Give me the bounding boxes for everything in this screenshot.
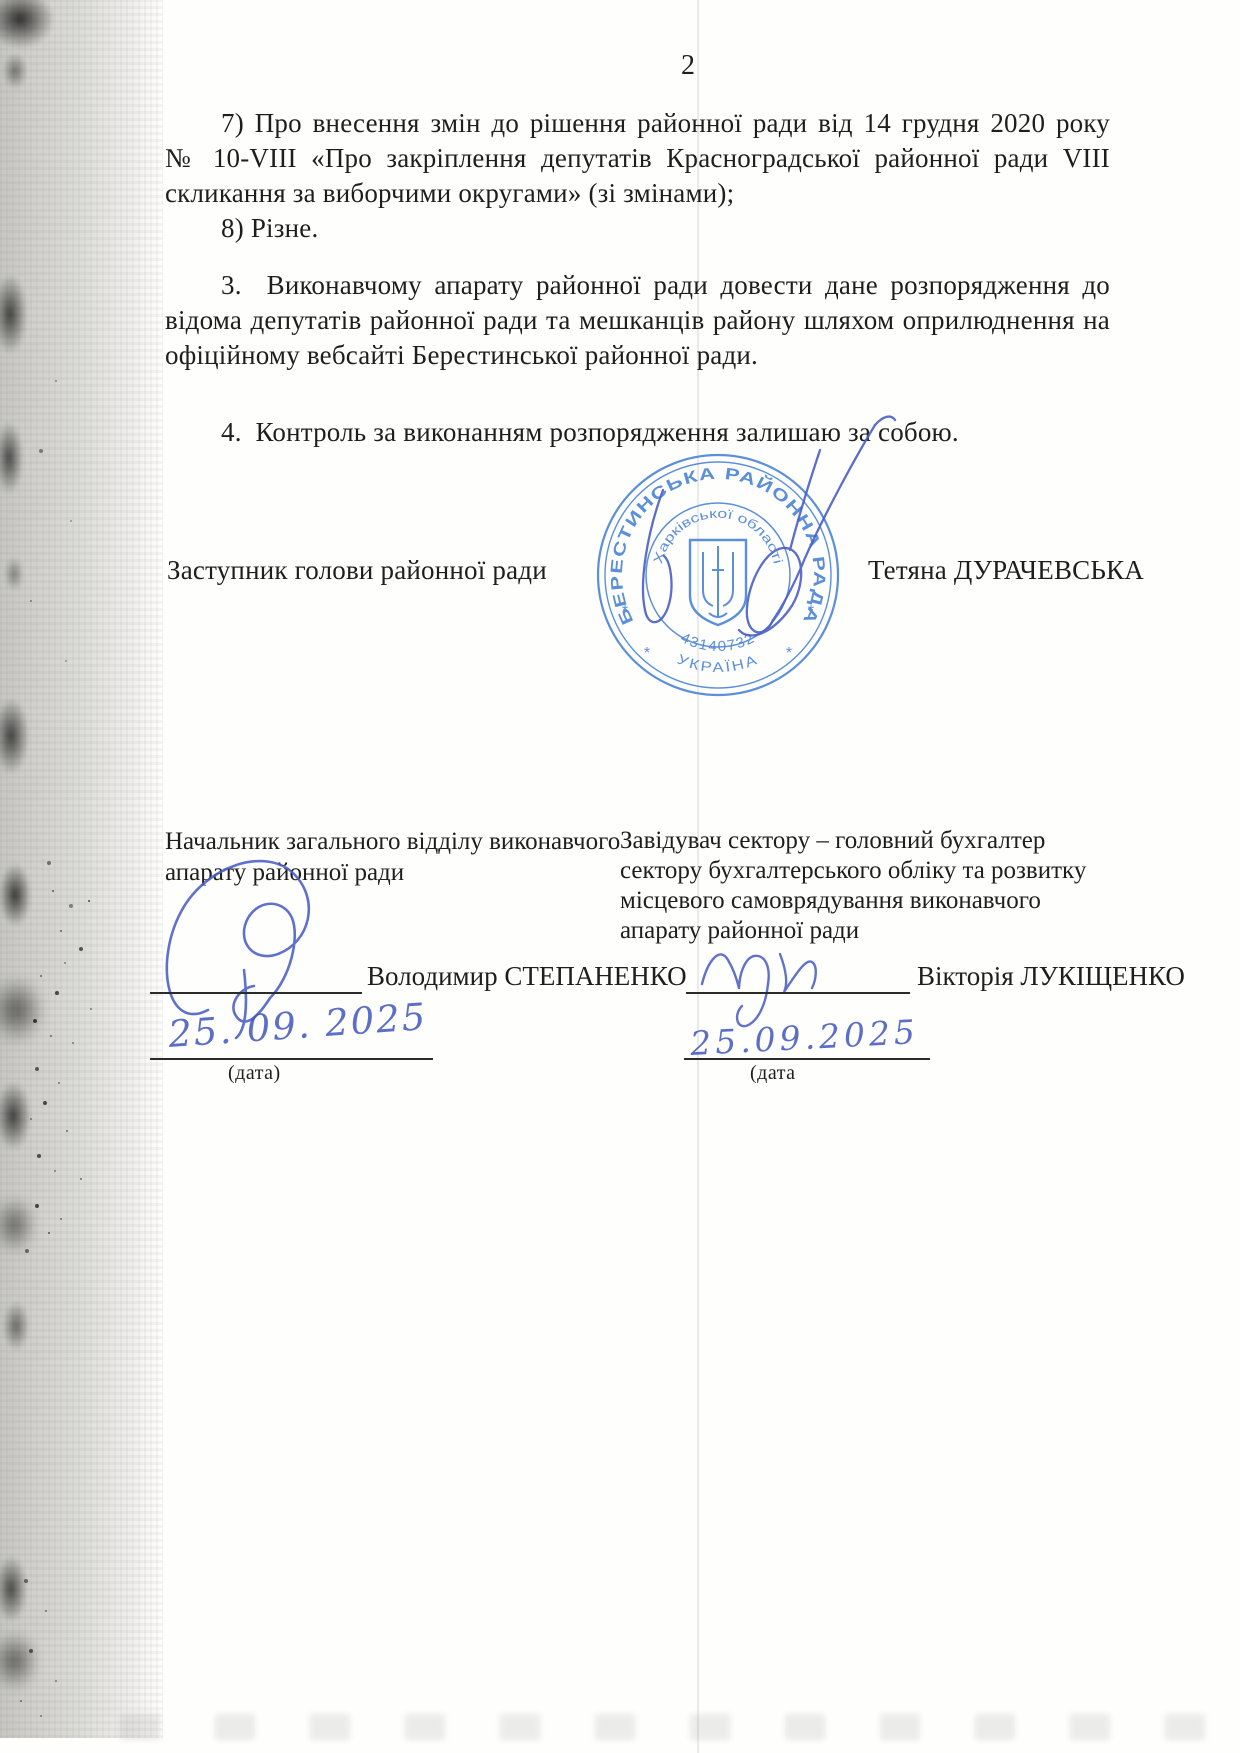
title-line: місцевого самоврядування виконавчого <box>620 886 1140 916</box>
right-signer-name: Вікторія ЛУКІЩЕНКО <box>917 961 1185 992</box>
svg-text:УКРАЇНА: УКРАЇНА <box>675 651 761 675</box>
page-number: 2 <box>662 50 714 82</box>
scan-blot <box>2 52 28 90</box>
left-date-label: (дата) <box>228 1062 281 1085</box>
title-line: Завідувач сектору – головний бухгалтер <box>620 826 1140 856</box>
right-date-line <box>684 1058 930 1060</box>
scanned-document-page: 2 7) Про внесення змін до рішення районн… <box>0 0 1240 1753</box>
right-signature-line <box>686 992 910 994</box>
left-signature-line <box>150 992 362 994</box>
left-signer-name: Володимир СТЕПАНЕНКО <box>367 961 687 992</box>
paragraph-item-8: 8) Різне. <box>165 211 1166 246</box>
right-date-label: (дата <box>750 1062 796 1085</box>
scan-blot <box>4 556 24 592</box>
right-signer-signature <box>682 916 882 1031</box>
paragraph-line: скликання за виборчими округами» (зі змі… <box>165 176 1110 211</box>
title-line: сектору бухгалтерського обліку та розвит… <box>620 856 1140 886</box>
deputy-head-signature <box>565 398 895 653</box>
paragraph-line: № 10-VIII «Про закріплення депутатів Кра… <box>165 141 1110 176</box>
deputy-head-title: Заступник голови районної ради <box>167 553 547 588</box>
left-date-line <box>150 1058 433 1060</box>
scan-bottom-shade <box>120 1714 1240 1740</box>
paragraph-item-7: 7) Про внесення змін до рішення районної… <box>165 106 1110 211</box>
paragraph-line: 3. Виконавчому апарату районної ради дов… <box>165 268 1110 303</box>
scan-speckles <box>0 0 2 2</box>
stamp-country-text: УКРАЇНА <box>675 651 761 675</box>
paragraph-3: 3. Виконавчому апарату районної ради дов… <box>165 268 1110 373</box>
paragraph-line: 7) Про внесення змін до рішення районної… <box>165 106 1110 141</box>
paragraph-line: офіційному вебсайті Берестинської районн… <box>165 338 1110 373</box>
paragraph-line: відома депутатів районної ради та мешкан… <box>165 303 1110 338</box>
scan-blot <box>2 1300 30 1352</box>
deputy-head-name: Тетяна ДУРАЧЕВСЬКА <box>868 553 1144 588</box>
